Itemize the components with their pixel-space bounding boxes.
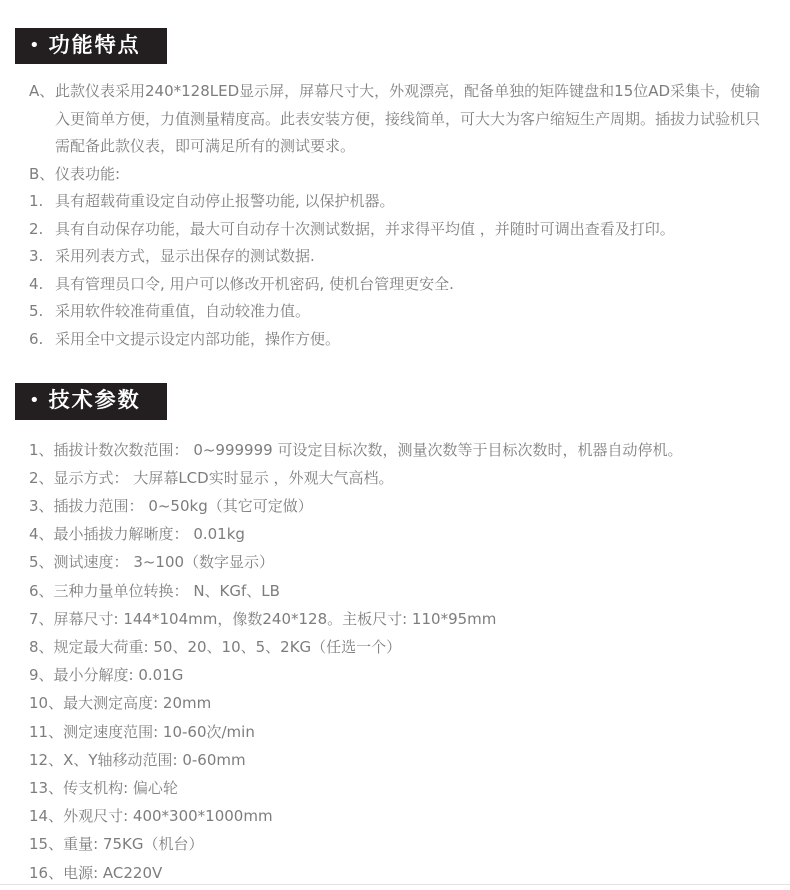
list-item-marker: 12、 — [29, 746, 63, 774]
list-item: 11、 测定速度范围: 10-60次/min — [29, 718, 770, 746]
list-item: 1、 插拔计数次数范围： 0~999999 可设定目标次数，测量次数等于目标次数… — [29, 436, 770, 464]
list-item-marker: 6. — [29, 326, 55, 354]
list-item: 2、 显示方式： 大屏幕LCD实时显示 ，外观大气高档。 — [29, 464, 770, 492]
list-item: 4、 最小插拔力解晰度： 0.01kg — [29, 520, 770, 548]
features-list: A、 此款仪表采用240*128LED显示屏，屏幕尺寸大，外观漂亮，配备单独的矩… — [29, 78, 770, 353]
list-item: 16、 电源: AC220V — [29, 859, 770, 887]
list-item-text: 最小插拔力解晰度： 0.01kg — [54, 520, 770, 548]
list-item-marker: 11、 — [29, 718, 63, 746]
list-item-text: 仪表功能: — [55, 161, 770, 189]
list-item-marker: 1、 — [29, 436, 54, 464]
list-item-text: 测定速度范围: 10-60次/min — [63, 718, 770, 746]
params-title: 技术参数 — [49, 387, 141, 413]
list-item-marker: 16、 — [29, 859, 63, 887]
list-item-text: 具有超载荷重设定自动停止报警功能, 以保护机器。 — [55, 188, 770, 216]
bullet-icon: • — [29, 392, 40, 410]
list-item: 8、 规定最大荷重: 50、20、10、5、2KG（任选一个） — [29, 633, 770, 661]
list-item-marker: 7、 — [29, 605, 54, 633]
list-item-text: 屏幕尺寸: 144*104mm，像数240*128。主板尺寸: 110*95mm — [54, 605, 770, 633]
list-item-text: 采用列表方式，显示出保存的测试数据. — [55, 243, 770, 271]
list-item: 15、 重量: 75KG（机台） — [29, 830, 770, 858]
list-item-text: 测试速度： 3~100（数字显示） — [54, 548, 770, 576]
list-item-text: 采用软件较准荷重值，自动较准力值。 — [55, 298, 770, 326]
list-item-marker: 10、 — [29, 689, 63, 717]
bullet-icon: • — [29, 37, 40, 55]
list-item: 3、 插拔力范围： 0~50kg（其它可定做） — [29, 492, 770, 520]
list-item-text: 规定最大荷重: 50、20、10、5、2KG（任选一个） — [54, 633, 770, 661]
list-item-text: 传支机构: 偏心轮 — [63, 774, 770, 802]
list-item-marker: 3、 — [29, 492, 54, 520]
spec-document: • 功能特点 A、 此款仪表采用240*128LED显示屏，屏幕尺寸大，外观漂亮… — [0, 0, 790, 890]
list-item-marker: 9、 — [29, 661, 54, 689]
list-item-text: 插拔力范围： 0~50kg（其它可定做） — [54, 492, 770, 520]
list-item-marker: 2、 — [29, 464, 54, 492]
list-item-text: 最大测定高度: 20mm — [63, 689, 770, 717]
list-item: 14、 外观尺寸: 400*300*1000mm — [29, 802, 770, 830]
bottom-divider — [0, 884, 790, 885]
list-item-marker: 5. — [29, 298, 55, 326]
list-item: 10、 最大测定高度: 20mm — [29, 689, 770, 717]
list-item: 5. 采用软件较准荷重值，自动较准力值。 — [29, 298, 770, 326]
list-item-text: 采用全中文提示设定内部功能，操作方便。 — [55, 326, 770, 354]
list-item: B、 仪表功能: — [29, 161, 770, 189]
list-item-text: 此款仪表采用240*128LED显示屏，屏幕尺寸大，外观漂亮，配备单独的矩阵键盘… — [55, 78, 770, 161]
list-item: 6. 采用全中文提示设定内部功能，操作方便。 — [29, 326, 770, 354]
list-item-marker: 2. — [29, 216, 55, 244]
list-item-marker: 15、 — [29, 830, 63, 858]
list-item-marker: 3. — [29, 243, 55, 271]
list-item-text: 重量: 75KG（机台） — [63, 830, 770, 858]
list-item-marker: 4、 — [29, 520, 54, 548]
list-item-text: 外观尺寸: 400*300*1000mm — [63, 802, 770, 830]
features-title: 功能特点 — [49, 32, 141, 58]
list-item: 6、 三种力量单位转换： N、KGf、LB — [29, 577, 770, 605]
list-item: 12、 X、Y轴移动范围: 0-60mm — [29, 746, 770, 774]
list-item: 4. 具有管理员口令, 用户可以修改开机密码, 使机台管理更安全. — [29, 271, 770, 299]
list-item-marker: 14、 — [29, 802, 63, 830]
list-item-marker: A、 — [29, 78, 55, 106]
list-item-marker: 6、 — [29, 577, 54, 605]
list-item-text: 最小分解度: 0.01G — [54, 661, 770, 689]
list-item-marker: 1. — [29, 188, 55, 216]
list-item-text: 具有自动保存功能，最大可自动存十次测试数据，并求得平均值 ，并随时可调出查看及打… — [55, 216, 770, 244]
list-item: 5、 测试速度： 3~100（数字显示） — [29, 548, 770, 576]
list-item: 2. 具有自动保存功能，最大可自动存十次测试数据，并求得平均值 ，并随时可调出查… — [29, 216, 770, 244]
params-header: • 技术参数 — [15, 383, 167, 419]
list-item: 13、 传支机构: 偏心轮 — [29, 774, 770, 802]
list-item: 1. 具有超载荷重设定自动停止报警功能, 以保护机器。 — [29, 188, 770, 216]
list-item: A、 此款仪表采用240*128LED显示屏，屏幕尺寸大，外观漂亮，配备单独的矩… — [29, 78, 770, 161]
list-item-marker: B、 — [29, 161, 55, 189]
list-item-text: 三种力量单位转换： N、KGf、LB — [54, 577, 770, 605]
list-item: 9、 最小分解度: 0.01G — [29, 661, 770, 689]
list-item: 3. 采用列表方式，显示出保存的测试数据. — [29, 243, 770, 271]
list-item-text: X、Y轴移动范围: 0-60mm — [63, 746, 770, 774]
list-item-text: 电源: AC220V — [63, 859, 770, 887]
list-item-marker: 13、 — [29, 774, 63, 802]
list-item-marker: 4. — [29, 271, 55, 299]
list-item-marker: 5、 — [29, 548, 54, 576]
list-item: 7、 屏幕尺寸: 144*104mm，像数240*128。主板尺寸: 110*9… — [29, 605, 770, 633]
features-header: • 功能特点 — [15, 28, 167, 64]
list-item-marker: 8、 — [29, 633, 54, 661]
list-item-text: 插拔计数次数范围： 0~999999 可设定目标次数，测量次数等于目标次数时，机… — [54, 436, 770, 464]
params-list: 1、 插拔计数次数范围： 0~999999 可设定目标次数，测量次数等于目标次数… — [29, 436, 770, 887]
list-item-text: 显示方式： 大屏幕LCD实时显示 ，外观大气高档。 — [54, 464, 770, 492]
params-section: • 技术参数 1、 插拔计数次数范围： 0~999999 可设定目标次数，测量次… — [15, 383, 770, 887]
features-section: • 功能特点 A、 此款仪表采用240*128LED显示屏，屏幕尺寸大，外观漂亮… — [15, 28, 770, 353]
list-item-text: 具有管理员口令, 用户可以修改开机密码, 使机台管理更安全. — [55, 271, 770, 299]
